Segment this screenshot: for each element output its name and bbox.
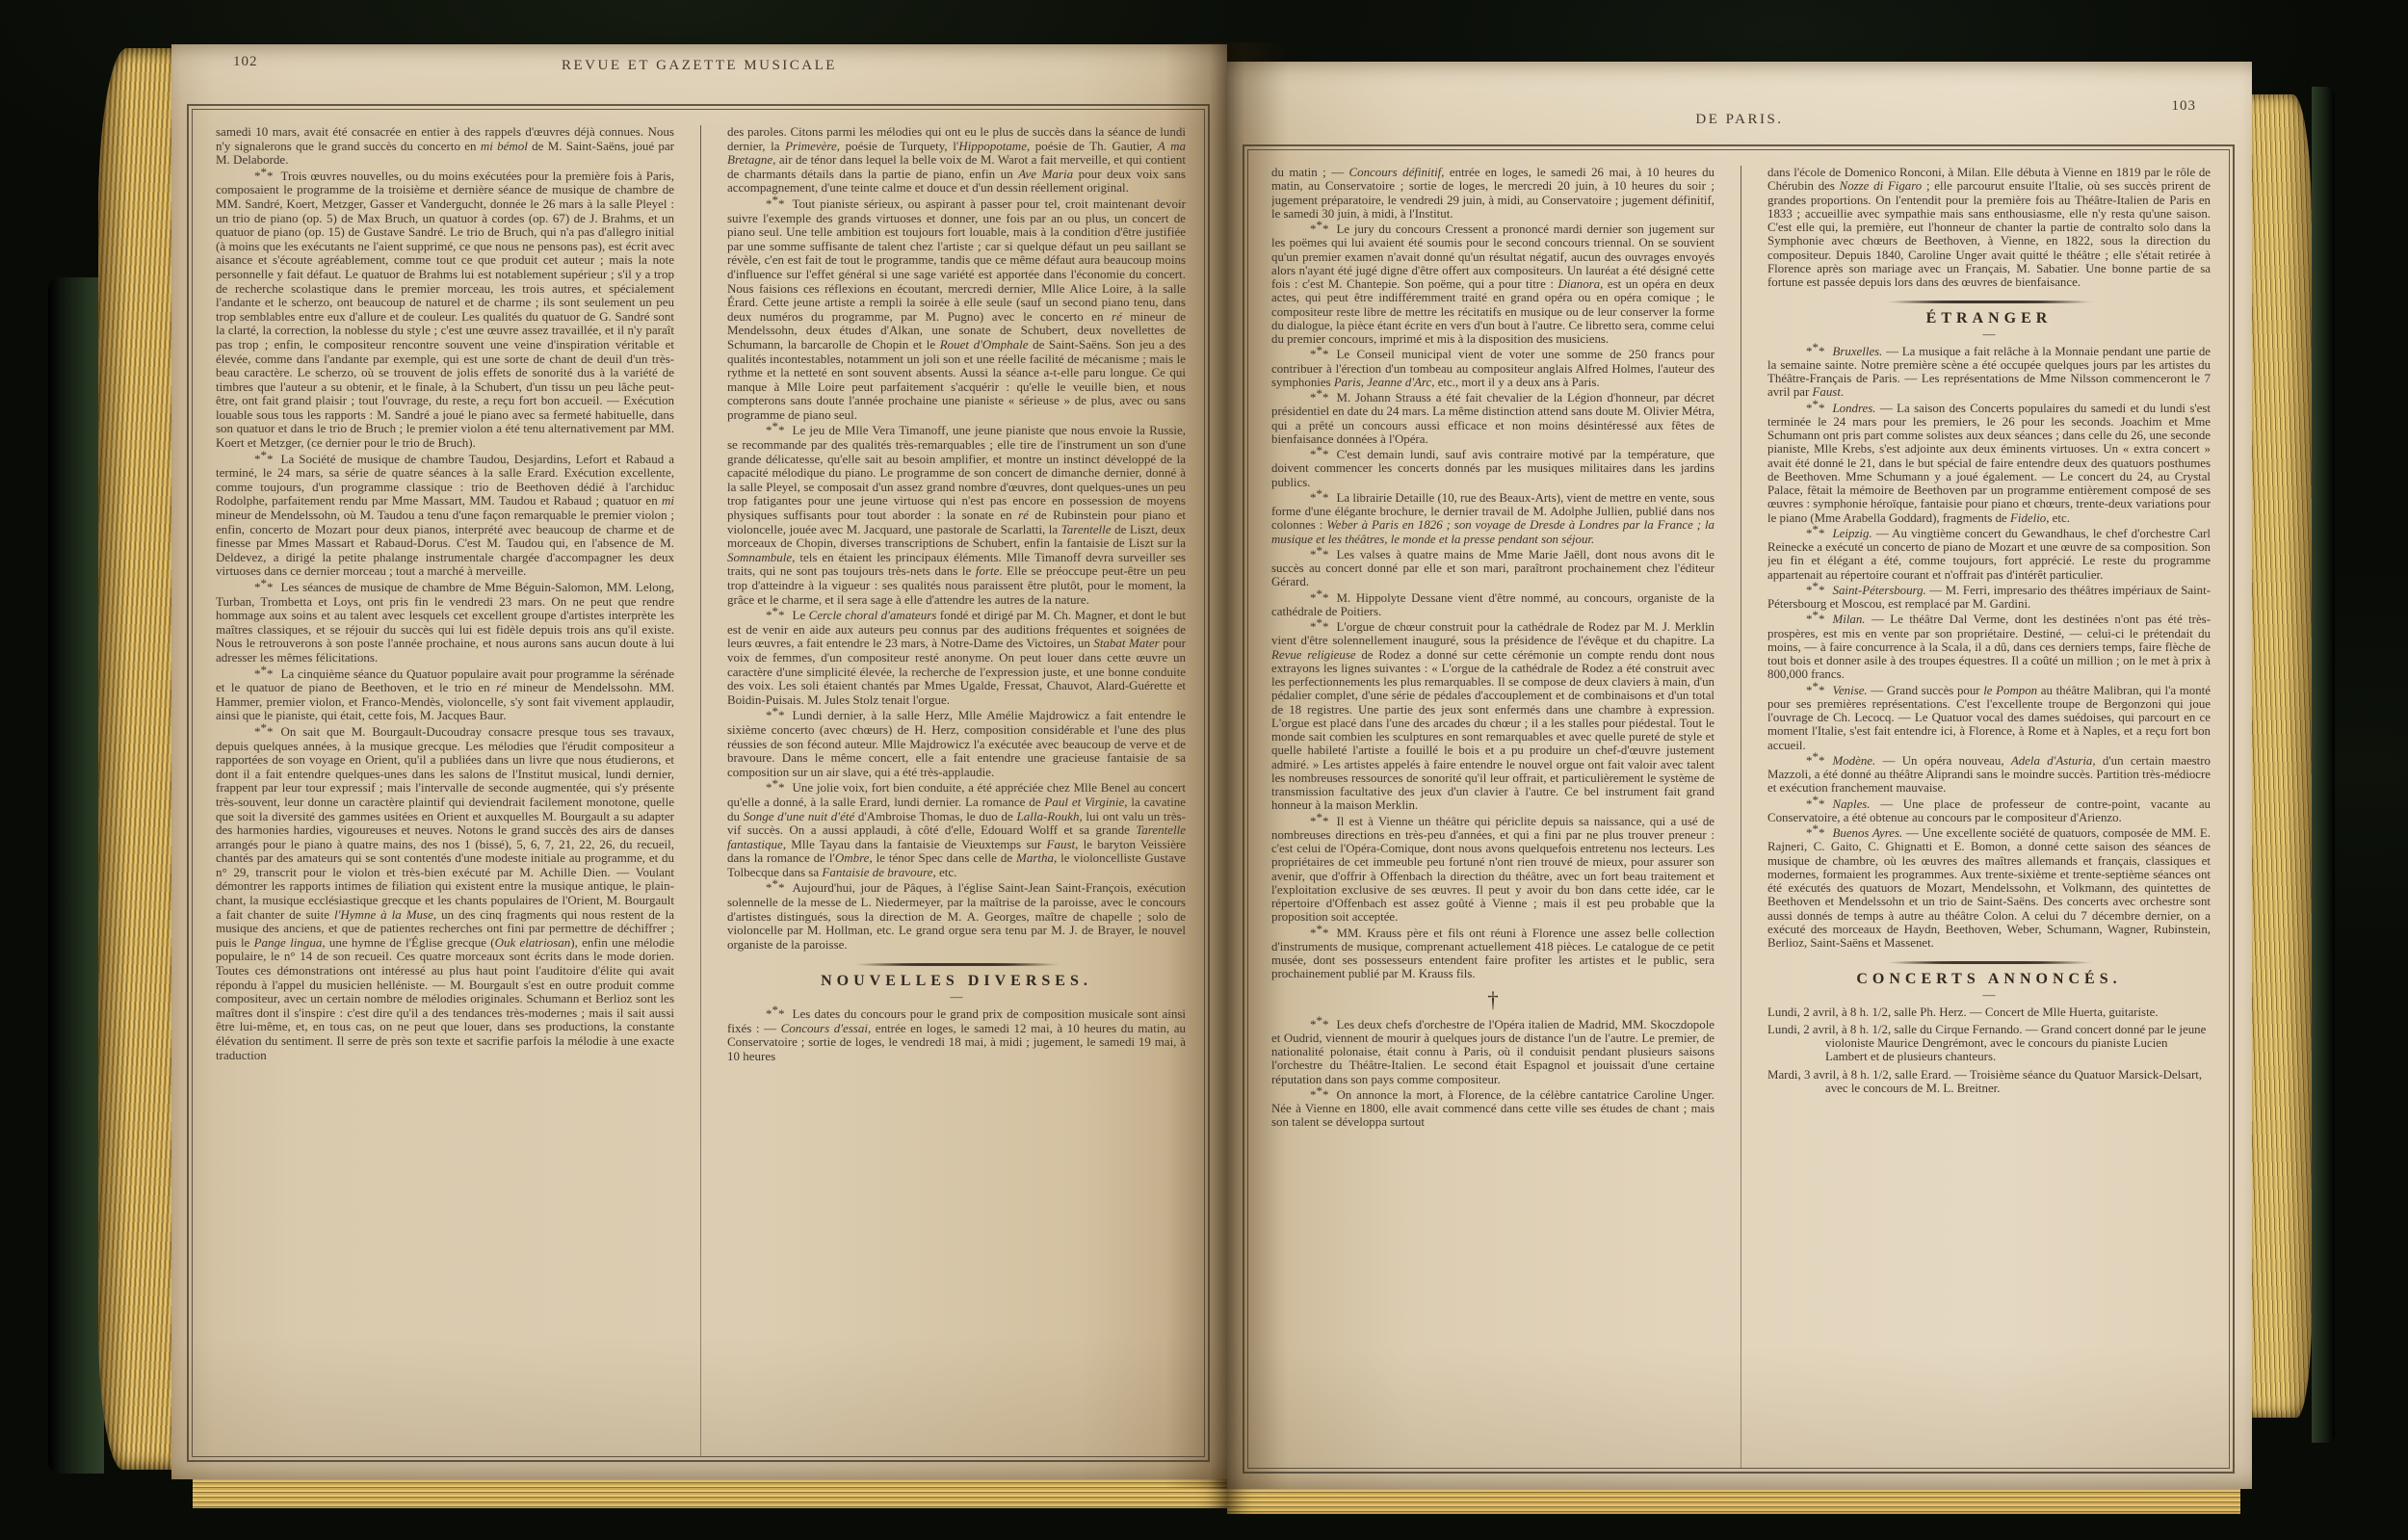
- asterism-mark: ***: [1291, 448, 1330, 461]
- heading-dash: —: [727, 992, 1186, 1001]
- section-heading-text: NOUVELLES DIVERSES.: [727, 975, 1186, 989]
- section-heading-text: CONCERTS ANNONCÉS.: [1767, 973, 2211, 986]
- asterism-mark: ***: [235, 453, 275, 467]
- article-paragraph: ***M. Johann Strauss a été fait chevalie…: [1271, 391, 1714, 446]
- asterism-mark: ***: [746, 424, 786, 438]
- cross-divider: †: [1271, 989, 1714, 1012]
- page-right: DE PARIS. 103 du matin ; — Concours défi…: [1227, 62, 2252, 1489]
- section-heading: CONCERTS ANNONCÉS.—: [1767, 961, 2211, 998]
- article-paragraph: ***Le Cercle choral d'amateurs fondé et …: [727, 609, 1186, 707]
- book-cover-left: [48, 277, 104, 1474]
- article-paragraph: ***Le jeu de Mlle Vera Timanoff, une jeu…: [727, 424, 1186, 607]
- asterism-mark: ***: [1787, 754, 1826, 768]
- asterism-mark: ***: [235, 170, 275, 184]
- article-paragraph: ***Modène. — Un opéra nouveau, Adela d'A…: [1767, 754, 2211, 796]
- asterism-mark: ***: [1787, 684, 1826, 697]
- article-paragraph: ***Tout pianiste sérieux, ou aspirant à …: [727, 197, 1186, 423]
- article-paragraph: dans l'école de Domenico Ronconi, à Mila…: [1767, 166, 2211, 289]
- asterism-mark: ***: [1291, 222, 1330, 236]
- asterism-mark: ***: [1291, 391, 1330, 405]
- section-heading: NOUVELLES DIVERSES.—: [727, 963, 1186, 1001]
- heading-ornament-rule: [1886, 300, 2093, 303]
- asterism-mark: ***: [1291, 491, 1330, 505]
- concert-announcement-item: Lundi, 2 avril, à 8 h. 1/2, salle Ph. He…: [1767, 1005, 2211, 1019]
- article-paragraph: ***Une jolie voix, fort bien conduite, a…: [727, 781, 1186, 879]
- gilded-page-edges-left: [98, 48, 173, 1470]
- heading-dash: —: [1767, 990, 2211, 999]
- article-paragraph: ***La librairie Detaille (10, rue des Be…: [1271, 491, 1714, 546]
- article-paragraph: ***Le jury du concours Cressent a pronon…: [1271, 222, 1714, 346]
- asterism-mark: ***: [746, 881, 786, 896]
- running-title-left: REVUE ET GAZETTE MUSICALE: [171, 58, 1227, 74]
- article-paragraph: ***C'est demain lundi, sauf avis contrai…: [1271, 448, 1714, 489]
- gilded-page-edges-bottom-right: [1227, 1487, 2240, 1514]
- page-number-right: 103: [2172, 98, 2197, 115]
- asterism-mark: ***: [1787, 797, 1826, 811]
- article-paragraph: ***Il est à Vienne un théâtre qui péricl…: [1271, 815, 1714, 925]
- asterism-mark: ***: [746, 609, 786, 623]
- article-paragraph: ***Les valses à quatre mains de Mme Mari…: [1271, 548, 1714, 589]
- asterism-mark: ***: [235, 725, 275, 740]
- text-column-right-2: dans l'école de Domenico Ronconi, à Mila…: [1767, 166, 2211, 1468]
- article-paragraph: ***Saint-Pétersbourg. — M. Ferri, impres…: [1767, 584, 2211, 612]
- heading-dash: —: [1767, 329, 2211, 338]
- text-frame-right: du matin ; — Concours définitif, entrée …: [1243, 144, 2235, 1474]
- running-title-right: DE PARIS.: [1227, 112, 2252, 128]
- section-heading: ÉTRANGER—: [1767, 300, 2211, 337]
- asterism-mark: ***: [1291, 815, 1330, 828]
- asterism-mark: ***: [1291, 620, 1330, 634]
- article-paragraph: ***Venise. — Grand succès pour le Pompon…: [1767, 684, 2211, 752]
- article-paragraph: ***Bruxelles. — La musique a fait relâch…: [1767, 345, 2211, 400]
- article-paragraph: ***Naples. — Une place de professeur de …: [1767, 797, 2211, 825]
- text-column-right-1: du matin ; — Concours définitif, entrée …: [1271, 166, 1714, 1468]
- asterism-mark: ***: [1291, 348, 1330, 361]
- gilded-page-edges-right: [2252, 94, 2312, 1418]
- heading-ornament-rule: [853, 963, 1060, 966]
- open-book: 102 REVUE ET GAZETTE MUSICALE samedi 10 …: [48, 6, 2341, 1535]
- asterism-mark: ***: [1291, 927, 1330, 940]
- article-paragraph: ***On sait que M. Bourgault-Ducoudray co…: [216, 725, 674, 1062]
- article-paragraph: ***MM. Krauss père et fils ont réuni à F…: [1271, 927, 1714, 981]
- asterism-mark: ***: [1787, 613, 1826, 626]
- asterism-mark: ***: [1291, 548, 1330, 561]
- article-paragraph: ***Trois œuvres nouvelles, ou du moins e…: [216, 170, 674, 451]
- text-column-left-1: samedi 10 mars, avait été consacrée en e…: [216, 125, 674, 1456]
- article-paragraph: ***Les dates du concours pour le grand p…: [727, 1007, 1186, 1063]
- article-paragraph: ***Les deux chefs d'orchestre de l'Opéra…: [1271, 1018, 1714, 1086]
- article-paragraph: des paroles. Citons parmi les mélodies q…: [727, 125, 1186, 196]
- article-paragraph: ***Milan. — Le théâtre Dal Verme, dont l…: [1767, 613, 2211, 681]
- article-paragraph: ***Aujourd'hui, jour de Pâques, à l'égli…: [727, 881, 1186, 952]
- article-paragraph: ***M. Hippolyte Dessane vient d'être nom…: [1271, 591, 1714, 619]
- article-paragraph: ***Leipzig. — Au vingtième concert du Ge…: [1767, 527, 2211, 582]
- article-paragraph: ***Buenos Ayres. — Une excellente sociét…: [1767, 826, 2211, 950]
- concert-announcement-item: Mardi, 3 avril, à 8 h. 1/2, salle Erard.…: [1767, 1068, 2211, 1096]
- article-paragraph: ***La Société de musique de chambre Taud…: [216, 453, 674, 579]
- section-heading-text: ÉTRANGER: [1767, 312, 2211, 326]
- article-paragraph: ***Les séances de musique de chambre de …: [216, 581, 674, 666]
- asterism-mark: ***: [746, 709, 786, 723]
- asterism-mark: ***: [235, 581, 275, 595]
- photo-background: 102 REVUE ET GAZETTE MUSICALE samedi 10 …: [0, 0, 2408, 1540]
- page-left: 102 REVUE ET GAZETTE MUSICALE samedi 10 …: [171, 44, 1227, 1479]
- asterism-mark: ***: [1787, 826, 1826, 840]
- text-column-left-2: des paroles. Citons parmi les mélodies q…: [727, 125, 1186, 1456]
- asterism-mark: ***: [1787, 584, 1826, 597]
- asterism-mark: ***: [746, 781, 786, 796]
- column-divider-rule: [700, 125, 701, 1456]
- article-paragraph: samedi 10 mars, avait été consacrée en e…: [216, 125, 674, 168]
- asterism-mark: ***: [1787, 402, 1826, 415]
- article-paragraph: ***Lundi dernier, à la salle Herz, Mlle …: [727, 709, 1186, 779]
- asterism-mark: ***: [746, 1007, 786, 1022]
- article-paragraph: ***Le Conseil municipal vient de voter u…: [1271, 348, 1714, 389]
- text-frame-left: samedi 10 mars, avait été consacrée en e…: [187, 104, 1210, 1462]
- article-paragraph: ***L'orgue de chœur construit pour la ca…: [1271, 620, 1714, 813]
- asterism-mark: ***: [1787, 345, 1826, 358]
- article-paragraph: ***On annonce la mort, à Florence, de la…: [1271, 1088, 1714, 1130]
- article-paragraph: ***La cinquième séance du Quatuor popula…: [216, 667, 674, 723]
- asterism-mark: ***: [1291, 1018, 1330, 1031]
- article-paragraph: ***Londres. — La saison des Concerts pop…: [1767, 402, 2211, 525]
- heading-ornament-rule: [1886, 961, 2093, 964]
- gilded-page-edges-bottom-left: [193, 1477, 1227, 1508]
- asterism-mark: ***: [1787, 527, 1826, 540]
- asterism-mark: ***: [746, 197, 786, 212]
- article-paragraph: du matin ; — Concours définitif, entrée …: [1271, 166, 1714, 221]
- asterism-mark: ***: [1291, 1088, 1330, 1102]
- book-cover-right: [2312, 87, 2335, 1443]
- asterism-mark: ***: [1291, 591, 1330, 605]
- concert-announcement-item: Lundi, 2 avril, à 8 h. 1/2, salle du Cir…: [1767, 1023, 2211, 1064]
- column-divider-rule: [1741, 166, 1741, 1468]
- asterism-mark: ***: [235, 667, 275, 682]
